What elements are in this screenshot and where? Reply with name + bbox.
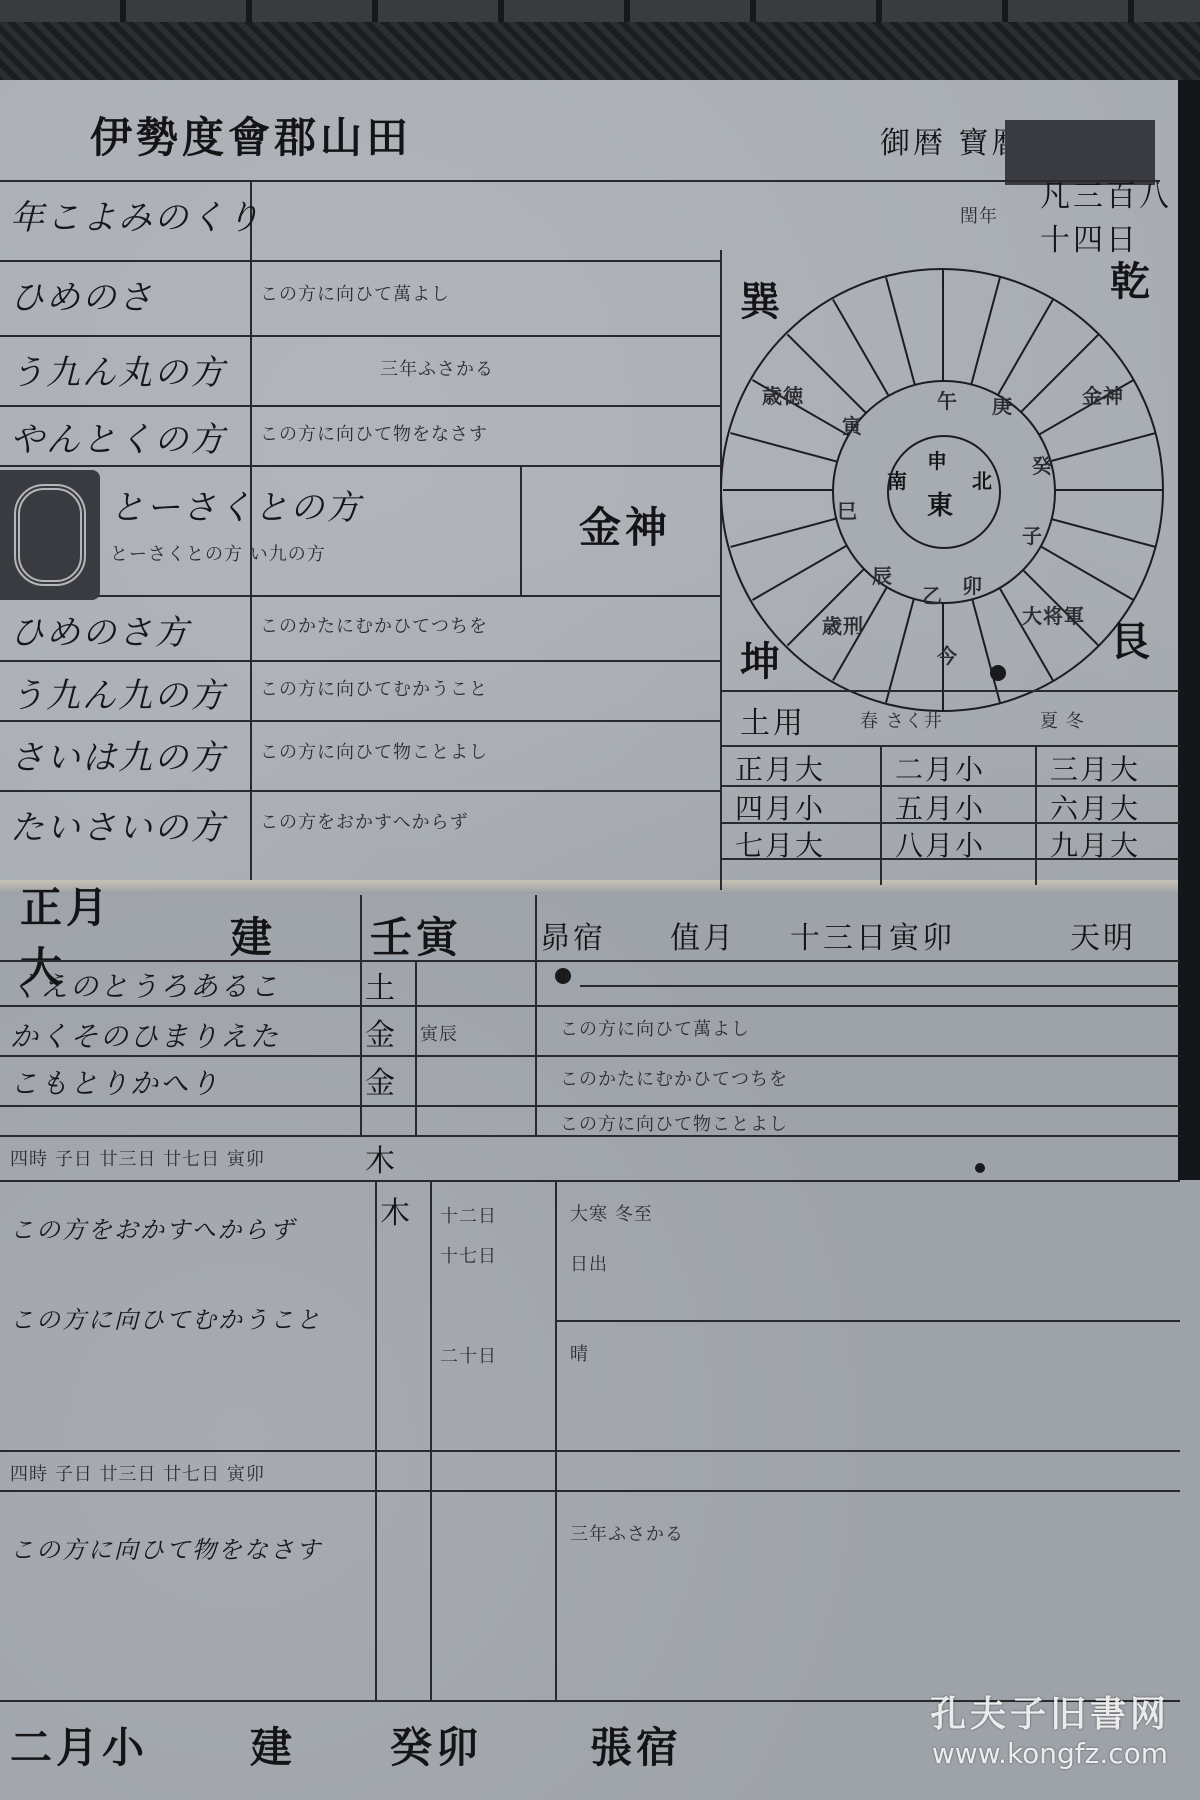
compass-wheel: 申 東 北 南 寅 巳 辰 乙 卯 子 癸 庚 午 歳徳 今 金神 大将軍 歳刑: [720, 268, 1164, 712]
ink-dot: [990, 665, 1006, 681]
day-kanshi: 寅辰: [420, 1015, 530, 1051]
corner-label-bl: 坤: [740, 630, 780, 687]
compass-ring-label: 子: [1022, 520, 1042, 549]
day-element: 金: [365, 1012, 410, 1052]
left-notes: この方に向ひて物をなさす: [10, 1530, 370, 1565]
direction-row: さいは九の方: [10, 730, 250, 779]
day-detail: 三年ふさかる: [570, 1520, 1170, 1546]
divider: [880, 745, 882, 885]
month-cell: 二月小: [895, 748, 985, 788]
divider: [720, 690, 1180, 692]
lower-col: 值月: [670, 910, 770, 960]
direction-row: やんとくの方: [10, 412, 250, 461]
month-cell: 八月小: [895, 824, 985, 864]
month-cell: 五月小: [895, 787, 985, 827]
direction-row: 年こよみのくり: [10, 190, 950, 239]
day-date: 二十日: [440, 1340, 550, 1370]
month-cell: 七月大: [735, 824, 825, 864]
time-band: 四時 子日 廿三日 廿七日 寅卯: [10, 1460, 1180, 1486]
footer-col: 建: [250, 1710, 360, 1780]
day-note: くえのとうろあるこ: [10, 965, 350, 1005]
compass-outer-note: 歳徳: [762, 380, 804, 409]
day-detail: この方に向ひて物ことよし: [560, 1110, 1170, 1136]
divider: [0, 335, 720, 337]
day-date: 十二日: [440, 1200, 550, 1230]
compass-south: 南: [887, 465, 907, 494]
watermark-chinese: 孔夫子旧書网: [930, 1686, 1170, 1737]
season-label: 土用: [740, 695, 840, 745]
divider: [520, 465, 522, 595]
compass-center-top: 申: [927, 445, 947, 474]
calendar-title: 伊勢度會郡山田: [90, 95, 690, 175]
compass-ring-label: 辰: [872, 560, 892, 589]
divider: [415, 960, 417, 1135]
compass-ring-label: 乙: [922, 580, 942, 609]
watermark-url: www.kongfz.com: [930, 1737, 1170, 1770]
month-cell: 正月大: [735, 748, 825, 788]
divider: [0, 260, 720, 262]
day-element: 土: [365, 965, 410, 1005]
direction-row: たいさいの方: [10, 800, 250, 849]
divider: [0, 405, 720, 407]
kinjin-direction: とーさくとの方: [110, 480, 510, 529]
divider: [0, 1105, 1180, 1107]
direction-row: う九ん丸の方: [10, 345, 250, 394]
compass-outer-note: 今: [937, 640, 958, 669]
time-band: 四時 子日 廿三日 廿七日 寅卯: [10, 1145, 1180, 1171]
document-photo: 伊勢度會郡山田 御暦 寶暦帶刀 凡三百八十四日 閏年 年こよみのくり ひめのさ …: [0, 0, 1200, 1800]
direction-row: ひめのさ: [10, 270, 250, 319]
divider: [720, 250, 722, 890]
compass-ring-label: 卯: [962, 570, 982, 599]
divider: [250, 180, 252, 880]
corner-label-tl: 巽: [740, 270, 780, 327]
day-detail: このかたにむかひてつちを: [560, 1065, 1170, 1091]
lower-col: 昴宿: [540, 910, 660, 960]
divider: [555, 1320, 1180, 1322]
compass-ring-label: 午: [937, 385, 957, 414]
direction-note: この方に向ひて萬よし: [260, 280, 710, 306]
lower-col: 壬寅: [370, 905, 530, 965]
divider: [1035, 745, 1037, 885]
month-cell: 三月大: [1050, 748, 1140, 788]
day-date: 十七日: [440, 1240, 550, 1270]
divider: [0, 1055, 1180, 1057]
divider: [0, 1180, 1180, 1182]
day-detail: 大寒 冬至: [570, 1200, 1170, 1226]
year-label: 閏年: [960, 190, 1030, 240]
kinjin-label: 金神: [540, 480, 710, 570]
season-item: 春 さく井: [860, 700, 1010, 740]
divider: [555, 1180, 557, 1700]
direction-note: 三年ふさかる: [380, 355, 710, 381]
day-detail: 日出: [570, 1250, 1170, 1276]
divider: [0, 960, 1180, 962]
divider: [535, 895, 537, 1135]
compass-center: 東: [927, 485, 953, 522]
ink-dot: [975, 1163, 985, 1173]
direction-note: この方に向ひて物をなさす: [260, 420, 710, 446]
divider: [0, 1450, 1180, 1452]
month-cell: 四月小: [735, 787, 825, 827]
divider: [430, 1180, 432, 1700]
divider: [720, 745, 1180, 747]
season-item: 夏 冬: [1040, 700, 1170, 740]
compass-outer-note: 歳刑: [822, 610, 864, 639]
footer-col: 癸卯: [390, 1710, 550, 1780]
paper-fold: [0, 880, 1200, 894]
lower-col: 天明: [1070, 910, 1190, 960]
compass-ring-label: 癸: [1032, 450, 1052, 479]
day-element: 木: [380, 1190, 425, 1230]
lower-col: 建: [230, 905, 350, 965]
footer-month: 二月小: [10, 1710, 210, 1780]
footer-col: 張宿: [590, 1710, 750, 1780]
compass-ring-label: 寅: [842, 410, 862, 439]
left-notes: この方をおかすへからず: [10, 1210, 370, 1245]
compass-ring-label: 巳: [837, 495, 857, 524]
compass-outer-note: 金神: [1082, 380, 1124, 409]
ink-dot: [555, 968, 571, 984]
left-notes: この方に向ひてむかうこと: [10, 1300, 370, 1335]
direction-note: この方をおかすへからず: [260, 808, 710, 834]
divider: [0, 790, 720, 792]
corner-label-tr: 乾: [1110, 250, 1150, 307]
day-detail: この方に向ひて萬よし: [560, 1015, 1170, 1041]
divider: [375, 1180, 377, 1700]
divider: [0, 1005, 1180, 1007]
divider: [0, 660, 720, 662]
watermark: 孔夫子旧書网 www.kongfz.com: [930, 1686, 1170, 1770]
lower-month: 正月大: [20, 905, 140, 965]
direction-row: う九ん九の方: [10, 668, 250, 717]
direction-note: この方に向ひてむかうこと: [260, 675, 710, 701]
month-cell: 六月大: [1050, 787, 1140, 827]
divider: [0, 180, 1160, 182]
divider: [0, 720, 720, 722]
compass-ring-label: 庚: [992, 390, 1012, 419]
compass-north: 北: [972, 465, 992, 494]
compass-outer-note: 大将軍: [1022, 600, 1085, 629]
corner-label-br: 艮: [1110, 610, 1150, 667]
year-days: 凡三百八十四日: [1040, 185, 1200, 245]
direction-note: この方に向ひて物ことよし: [260, 738, 710, 764]
divider: [360, 895, 362, 1135]
day-detail: 晴: [570, 1340, 1170, 1366]
kinjin-note: とーさくとの方 い九の方: [110, 540, 510, 566]
day-element: 金: [365, 1060, 410, 1100]
divider: [0, 595, 720, 597]
direction-row: ひめのさ方: [10, 605, 250, 654]
lower-col: 十三日寅卯: [790, 910, 1050, 960]
day-note: かくそのひまりえた: [10, 1015, 350, 1055]
crest-emblem-icon: [0, 470, 100, 600]
month-cell: 九月大: [1050, 824, 1140, 864]
day-note: こもとりかへり: [10, 1062, 350, 1102]
direction-note: このかたにむかひてつちを: [260, 612, 710, 638]
divider: [580, 985, 1180, 987]
divider: [0, 465, 720, 467]
divider: [0, 1490, 1180, 1492]
